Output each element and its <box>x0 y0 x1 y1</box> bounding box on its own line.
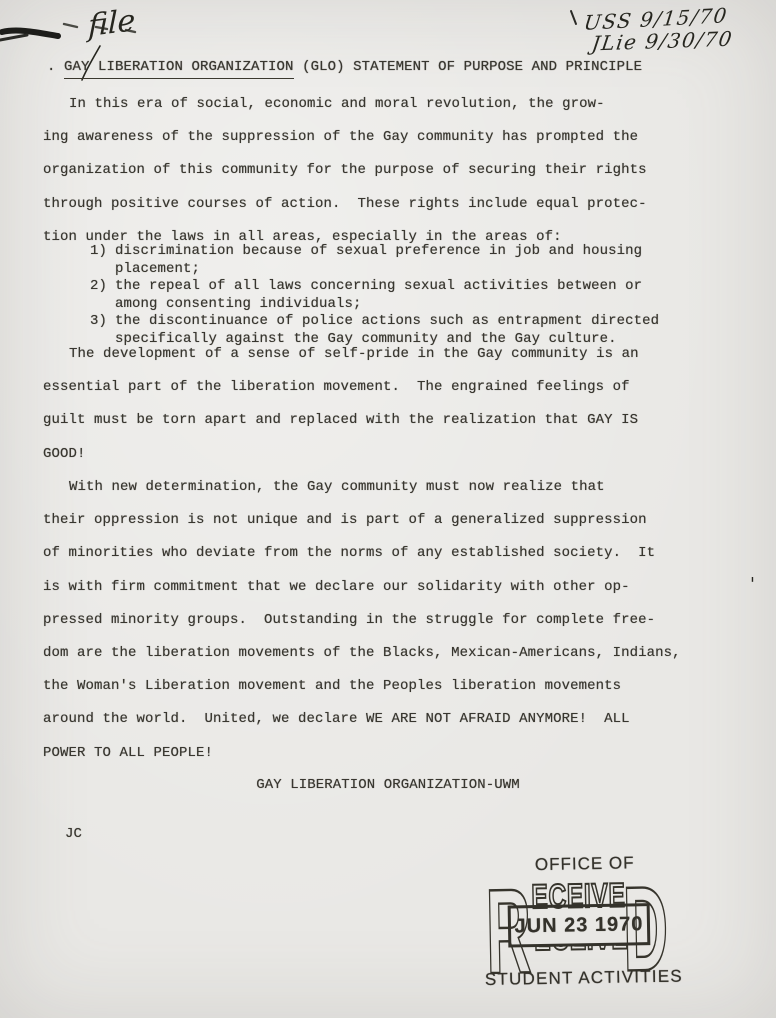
document-line: of minorities who deviate from the norms… <box>43 537 681 570</box>
paragraph-3: With new determination, the Gay communit… <box>43 471 681 770</box>
list-number: 2) <box>90 278 107 296</box>
stamp-student-activities-text: STUDENT ACTIVITIES <box>485 967 683 990</box>
list-item-line: among consenting individuals; <box>43 296 659 314</box>
document-line: dom are the liberation movements of the … <box>43 637 681 670</box>
organization-signature: GAY LIBERATION ORGANIZATION-UWM <box>0 775 776 795</box>
paragraph-1: In this era of social, economic and mora… <box>43 88 647 254</box>
document-line: their oppression is not unique and is pa… <box>43 504 681 537</box>
list-text: the discontinuance of police actions suc… <box>115 313 659 329</box>
scanned-document-page: file USS 9/15/70 JLie 9/30/70 ' . GAY LI… <box>0 0 776 1018</box>
document-line: GOOD! <box>43 438 639 471</box>
document-line: is with firm commitment that we declare … <box>43 571 681 604</box>
stamp-office-of-text: OFFICE OF <box>535 853 635 875</box>
list-text: the repeal of all laws concerning sexual… <box>115 278 642 294</box>
stamp-date-box: JUN 23 1970 <box>508 903 651 947</box>
received-date-stamp: OFFICE OF R D ECEIVE ECEIVE JUN 23 1970 … <box>479 844 717 1008</box>
paragraph-2: The development of a sense of self-pride… <box>43 338 639 471</box>
list-item-line: 2)the repeal of all laws concerning sexu… <box>43 278 659 296</box>
document-line: pressed minority groups. Outstanding in … <box>43 604 681 637</box>
document-line: through positive courses of action. Thes… <box>43 188 647 221</box>
list-text: discrimination because of sexual prefere… <box>115 243 642 259</box>
pen-mark: ' <box>750 574 755 595</box>
list-number: 3) <box>90 313 107 331</box>
document-line: around the world. United, we declare WE … <box>43 703 681 736</box>
handwritten-routing-note-2: JLie 9/30/70 <box>590 26 734 55</box>
list-item-line: 1)discrimination because of sexual prefe… <box>43 243 659 261</box>
document-line: essential part of the liberation movemen… <box>43 371 639 404</box>
list-text: placement; <box>115 261 200 277</box>
list-item-line: 3)the discontinuance of police actions s… <box>43 313 659 331</box>
document-title: . GAY LIBERATION ORGANIZATION (GLO) STAT… <box>47 58 642 76</box>
typist-initials: JC <box>65 826 82 843</box>
document-line: guilt must be torn apart and replaced wi… <box>43 404 639 437</box>
document-line: ing awareness of the suppression of the … <box>43 121 647 154</box>
document-line: With new determination, the Gay communit… <box>43 471 681 504</box>
title-underlined-part: GAY LIBERATION ORGANIZATION <box>64 59 294 79</box>
title-rest: (GLO) STATEMENT OF PURPOSE AND PRINCIPLE <box>294 59 643 75</box>
handwritten-file-note: file <box>88 3 136 44</box>
stamp-date: JUN 23 1970 <box>514 913 643 938</box>
list-item-line: placement; <box>43 261 659 279</box>
title-prefix: . <box>47 59 64 75</box>
document-line: the Woman's Liberation movement and the … <box>43 670 681 703</box>
document-line: organization of this community for the p… <box>43 154 647 187</box>
document-line: POWER TO ALL PEOPLE! <box>43 737 681 770</box>
document-line: In this era of social, economic and mora… <box>43 88 647 121</box>
list-number: 1) <box>90 243 107 261</box>
document-line: The development of a sense of self-pride… <box>43 338 639 371</box>
numbered-list: 1)discrimination because of sexual prefe… <box>43 243 659 349</box>
list-text: among consenting individuals; <box>115 296 362 312</box>
